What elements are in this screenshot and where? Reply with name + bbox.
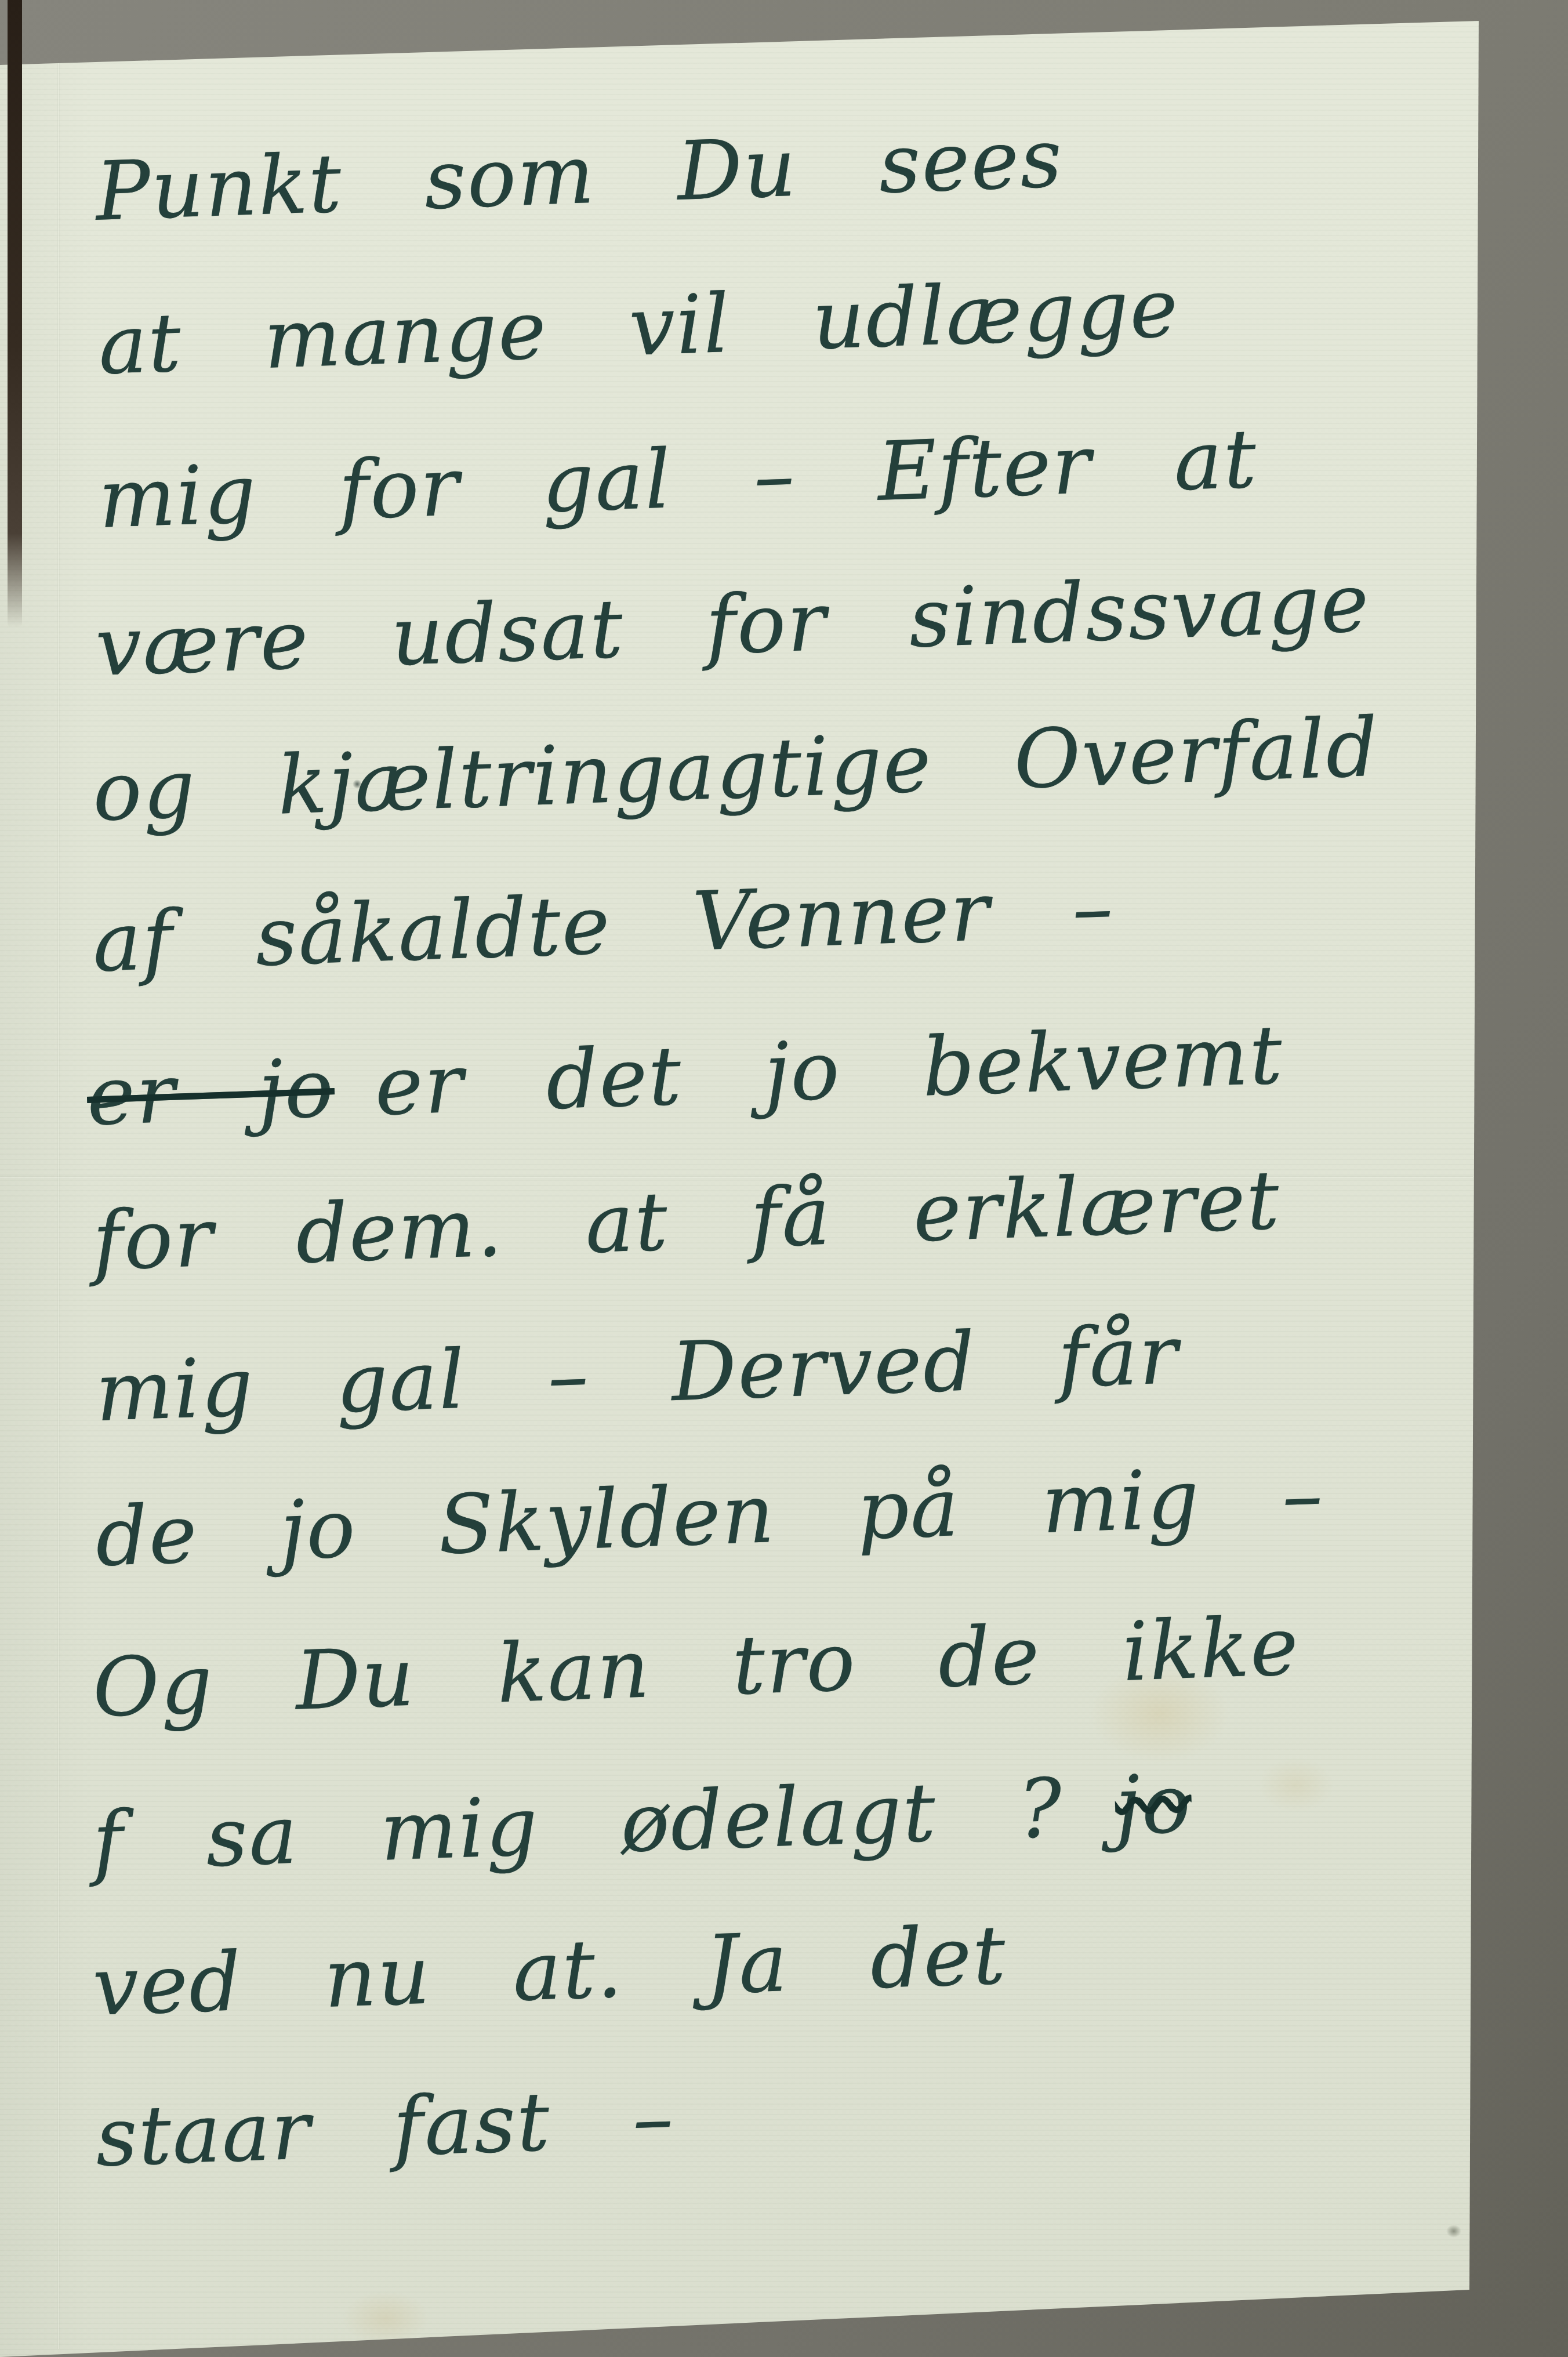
handwriting-line: staar fast –	[94, 2070, 676, 2185]
handwriting-line: er joer det jo bekvemt	[85, 1008, 1284, 1144]
line-text: af såkaldte Venner –	[91, 861, 1116, 991]
handwriting-line: at mange vil udlægge	[97, 261, 1181, 393]
line-text: Punkt som Du sees	[94, 111, 1065, 240]
struck-word: er jo	[85, 1041, 336, 1144]
handwriting-line: ved nu at. Ja det	[91, 1908, 1008, 2035]
handwriting-block: Punkt som Du sees at mange vil udlægge m…	[0, 0, 1568, 2357]
handwriting-line: af såkaldte Venner –	[91, 861, 1116, 991]
handwriting-line: mig gal – Derved får	[94, 1308, 1180, 1440]
line-text: for dem. at få erklæret	[91, 1154, 1282, 1289]
handwriting-line: være udsat for sindssvage	[94, 556, 1371, 695]
handwriting-line: de jo Skylden på mig –	[94, 1448, 1326, 1585]
handwriting-line: mig for gal – Efter at	[97, 412, 1259, 547]
line-text: f sa mig ødelagt ?	[91, 1761, 1065, 1890]
handwriting-line: for dem. at få erklæret	[91, 1154, 1282, 1289]
line-text: og kjæltringagtige Overfald	[91, 701, 1381, 840]
struck-word: jo	[1113, 1757, 1193, 1854]
handwriting-line: Og Du kan tro de ikke	[91, 1599, 1301, 1736]
line-text: staar fast –	[94, 2070, 676, 2185]
line-text: at mange vil udlægge	[97, 261, 1181, 393]
line-text: mig for gal – Efter at	[97, 412, 1259, 547]
scanned-letter-scene: Punkt som Du sees at mange vil udlægge m…	[0, 0, 1568, 2357]
line-text: være udsat for sindssvage	[94, 556, 1371, 695]
line-text: er det jo bekvemt	[373, 1008, 1285, 1134]
handwriting-line: f sa mig ødelagt ?jo	[91, 1757, 1193, 1890]
line-text: ved nu at. Ja det	[91, 1908, 1008, 2035]
handwriting-line: og kjæltringagtige Overfald	[91, 701, 1381, 840]
handwriting-line: Punkt som Du sees	[94, 111, 1065, 240]
line-text: Og Du kan tro de ikke	[91, 1599, 1301, 1736]
line-text: mig gal – Derved får	[94, 1308, 1180, 1440]
line-text: de jo Skylden på mig –	[94, 1448, 1326, 1585]
